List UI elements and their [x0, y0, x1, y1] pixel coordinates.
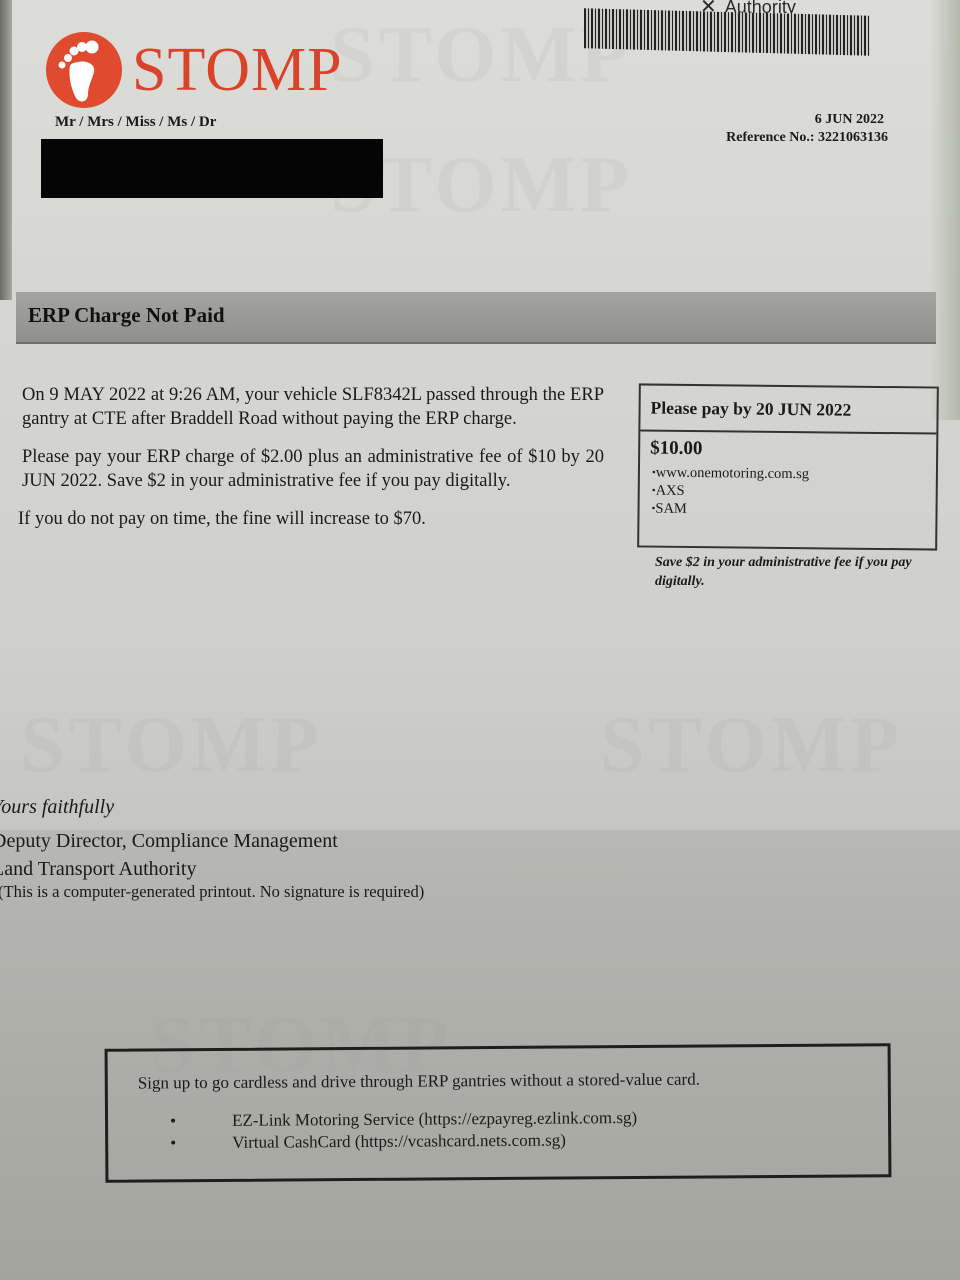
cardless-lead: Sign up to go cardless and drive through… [138, 1070, 700, 1094]
watermark: STOMP [20, 700, 323, 791]
paragraph-warning: If you do not pay on time, the fine will… [18, 507, 604, 531]
paragraph-incident: On 9 MAY 2022 at 9:26 AM, your vehicle S… [22, 383, 604, 431]
letter-body: On 9 MAY 2022 at 9:26 AM, your vehicle S… [22, 383, 604, 545]
cardless-option: • Virtual CashCard (https://vcashcard.ne… [170, 1131, 566, 1154]
payment-methods: www.onemotoring.com.sg AXS SAM [639, 463, 936, 520]
logo-wordmark: STOMP [132, 39, 343, 101]
payment-method-sam: SAM [651, 500, 935, 521]
letter-title: ERP Charge Not Paid [28, 303, 225, 328]
cardless-info-box: Sign up to go cardless and drive through… [105, 1043, 892, 1182]
title-band: ERP Charge Not Paid [16, 292, 936, 344]
pay-by-header: Please pay by 20 JUN 2022 [640, 385, 936, 434]
cardless-option-label: Virtual CashCard (https://vcashcard.nets… [232, 1131, 566, 1153]
stomp-logo: STOMP [46, 32, 343, 108]
letter-date: 6 JUN 2022 [815, 112, 884, 128]
digital-savings-note: Save $2 in your administrative fee if yo… [655, 553, 925, 591]
bullet-icon: • [170, 1133, 232, 1153]
closing: Yours faithfully [0, 796, 114, 819]
watermark: STOMP [600, 700, 903, 791]
signatory-title: Deputy Director, Compliance Management [0, 830, 338, 853]
payment-box: Please pay by 20 JUN 2022 $10.00 www.one… [637, 383, 939, 550]
no-signature-note: (This is a computer-generated printout. … [0, 882, 424, 902]
reference-value: 3221063136 [818, 130, 888, 145]
bullet-icon: • [170, 1111, 232, 1131]
cardless-option: • EZ-Link Motoring Service (https://ezpa… [170, 1108, 637, 1131]
cardless-option-label: EZ-Link Motoring Service (https://ezpayr… [232, 1108, 637, 1131]
background-surface [930, 0, 960, 420]
redacted-recipient-name [41, 139, 383, 198]
amount-due: $10.00 [640, 431, 936, 466]
paragraph-payment: Please pay your ERP charge of $2.00 plus… [22, 445, 604, 493]
barcode-icon [584, 8, 870, 55]
reference-number: Reference No.: 3221063136 [726, 130, 888, 146]
signatory-organisation: Land Transport Authority [0, 858, 196, 881]
salutation: Mr / Mrs / Miss / Ms / Dr [55, 114, 216, 131]
payment-method-onemotoring: www.onemotoring.com.sg [652, 464, 936, 485]
reference-label: Reference No.: [726, 130, 814, 145]
footprint-icon [46, 32, 122, 108]
paper-edge-shadow [0, 0, 12, 300]
